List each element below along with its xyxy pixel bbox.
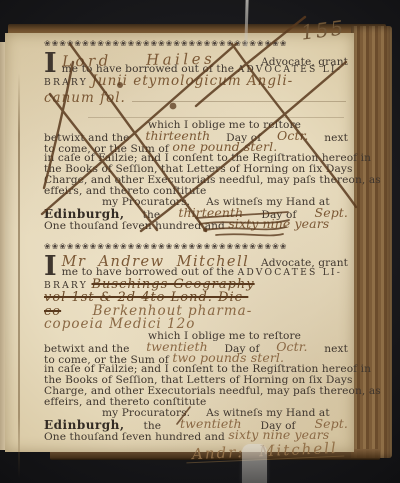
loan-form-andrew-mitchell: ❀❀❀❀❀❀❀❀❀❀❀❀❀❀❀❀❀❀❀❀❀❀❀❀❀❀❀❀❀❀❀❀ I Mr An… <box>44 242 348 460</box>
ledger-page: ❀❀❀❀❀❀❀❀❀❀❀❀❀❀❀❀❀❀❀❀❀❀❀❀❀❀❀❀❀❀❀❀ I Lord … <box>5 33 354 452</box>
year-handwritten: sixty nine years <box>228 216 329 231</box>
ornament-border: ❀❀❀❀❀❀❀❀❀❀❀❀❀❀❀❀❀❀❀❀❀❀❀❀❀❀❀❀❀❀❀❀ <box>44 242 348 254</box>
form-opening: I Mr Andrew Mitchell Advocate, grant me … <box>44 254 348 279</box>
printed-brary: brary <box>44 77 88 88</box>
book-title-handwritten-line2: canum fol. <box>44 90 126 106</box>
book-title-handwritten-line1: Junii etymologicum Angli- <box>91 73 293 89</box>
printed-year-prefix: One thouſand ſeven hundred and <box>44 431 225 443</box>
printed-next: next <box>324 344 348 355</box>
gutter-crease <box>18 73 20 478</box>
drop-cap-initial: I <box>44 52 57 76</box>
return-month-handwritten: Octr. <box>277 130 308 141</box>
page-holder-strip <box>242 444 267 483</box>
borrower-name-handwritten: Lord Hailes <box>61 50 215 71</box>
photograph-of-ledger-page: ❀❀❀❀❀❀❀❀❀❀❀❀❀❀❀❀❀❀❀❀❀❀❀❀❀❀❀❀❀❀❀❀ I Lord … <box>0 0 400 483</box>
blank-rule <box>88 104 344 118</box>
drop-cap-initial: I <box>44 255 57 279</box>
printed-next: next <box>324 133 348 144</box>
penalty-sum-handwritten: two pounds sterl. <box>172 350 284 365</box>
printed-year-prefix: One thouſand ſeven hundred and <box>44 220 225 232</box>
blank-rule <box>132 101 346 102</box>
loan-form-lord-hailes: ❀❀❀❀❀❀❀❀❀❀❀❀❀❀❀❀❀❀❀❀❀❀❀❀❀❀❀❀❀❀❀❀ I Lord … <box>44 39 348 231</box>
penalty-sum-handwritten: one pound sterl. <box>172 139 277 154</box>
